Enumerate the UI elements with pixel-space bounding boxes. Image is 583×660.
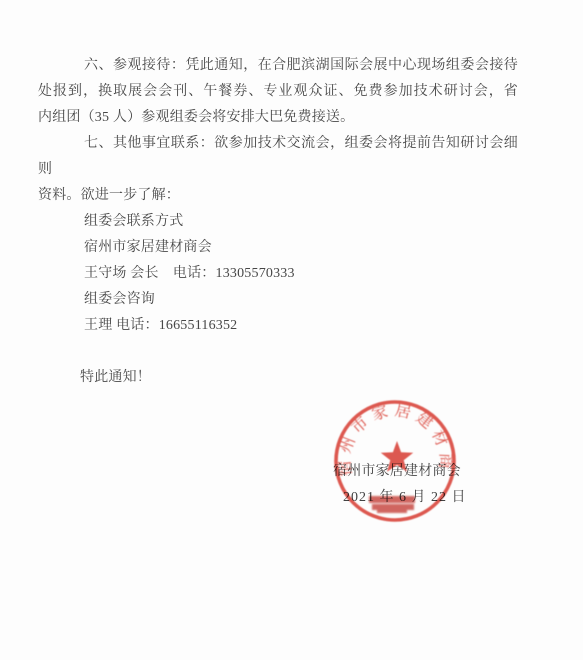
star-icon (381, 441, 413, 472)
scanned-notice-page: 六、参观接待：凭此通知，在合肥滨湖国际会展中心现场组委会接待 处报到，换取展会会… (0, 0, 583, 660)
paragraph-line: 内组团（35 人）参观组委会将安排大巴免费接送。 (38, 105, 518, 131)
contact-org-name: 宿州市家居建材商会 (84, 235, 518, 261)
contact-block: 组委会联系方式 宿州市家居建材商会 王守场 会长 电话：13305570333 … (38, 209, 518, 339)
contact-subheading: 组委会咨询 (84, 287, 518, 313)
paragraph-line: 资料。欲进一步了解： (38, 183, 518, 209)
seal-code-mark (369, 496, 415, 513)
contact-heading: 组委会联系方式 (84, 209, 518, 235)
closing-statement: 特此通知！ (80, 365, 518, 391)
paragraph-line: 七、其他事宜联系：欲参加技术交流会，组委会将提前告知研讨会细则 (38, 131, 518, 183)
document-body: 六、参观接待：凭此通知，在合肥滨湖国际会展中心现场组委会接待 处报到，换取展会会… (38, 53, 518, 391)
contact-person-phone: 王理 电话：16655116352 (84, 313, 518, 339)
official-seal: 宿州市家居建材商会 (333, 399, 457, 523)
contact-person-phone: 王守场 会长 电话：13305570333 (84, 261, 518, 287)
paragraph-six: 六、参观接待：凭此通知，在合肥滨湖国际会展中心现场组委会接待 处报到，换取展会会… (38, 53, 518, 131)
paragraph-line: 六、参观接待：凭此通知，在合肥滨湖国际会展中心现场组委会接待 (38, 53, 518, 79)
paragraph-seven: 七、其他事宜联系：欲参加技术交流会，组委会将提前告知研讨会细则 资料。欲进一步了… (38, 131, 518, 209)
paragraph-line: 处报到，换取展会会刊、午餐券、专业观众证、免费参加技术研讨会，省 (38, 79, 518, 105)
